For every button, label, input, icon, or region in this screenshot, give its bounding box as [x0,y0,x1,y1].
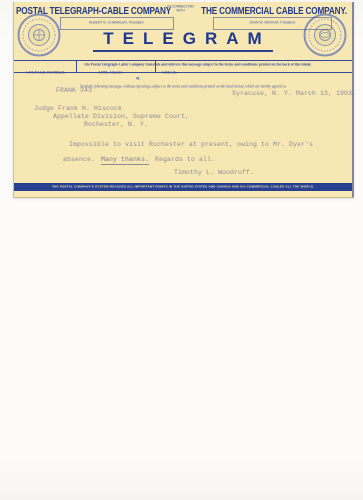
signature: Timothy L. Woodruff. [174,169,254,176]
addressee-city: Rochester, N. Y. [84,121,148,128]
addressee-court: Appellate Division, Supreme Court, [53,113,189,120]
column-divider [155,61,156,72]
form-header-row: COUNTER NUMBER. TIME FILED. M. CHECK. [14,60,352,73]
body-segment: Regards to all. [155,156,215,163]
connection-note-line2: WITH [167,10,193,12]
scanned-page: POSTAL TELEGRAPH-CABLE COMPANY IN CONNEC… [0,0,363,500]
message-body-line2: absence.Many thanks.Regards to all. [63,156,221,163]
connection-note: IN CONNECTION WITH [157,6,205,14]
body-segment: absence. [63,156,95,163]
postal-president: ALBERT B. CHANDLER, President. [89,22,144,25]
message-body-line1: Impossible to visit Rochester at present… [69,141,313,148]
message-dateline: Syracuse, N. Y. March 13, 1903. [232,90,356,97]
telegram-title: TELEGRAM [93,29,272,52]
connection-note-line1: IN CONNECTION [167,6,193,8]
telegram-form: POSTAL TELEGRAPH-CABLE COMPANY IN CONNEC… [13,2,354,198]
addressee-name: Judge Frank H. Hiscock [34,105,122,112]
body-segment-underlined: Many thanks. [101,156,149,165]
message-reference: FRANK 343 [56,87,92,94]
footer-banner: THE POSTAL COMPANY'S SYSTEM REACHES ALL … [14,183,352,191]
cable-president: JOHN W. MACKAY, President. [249,22,296,25]
